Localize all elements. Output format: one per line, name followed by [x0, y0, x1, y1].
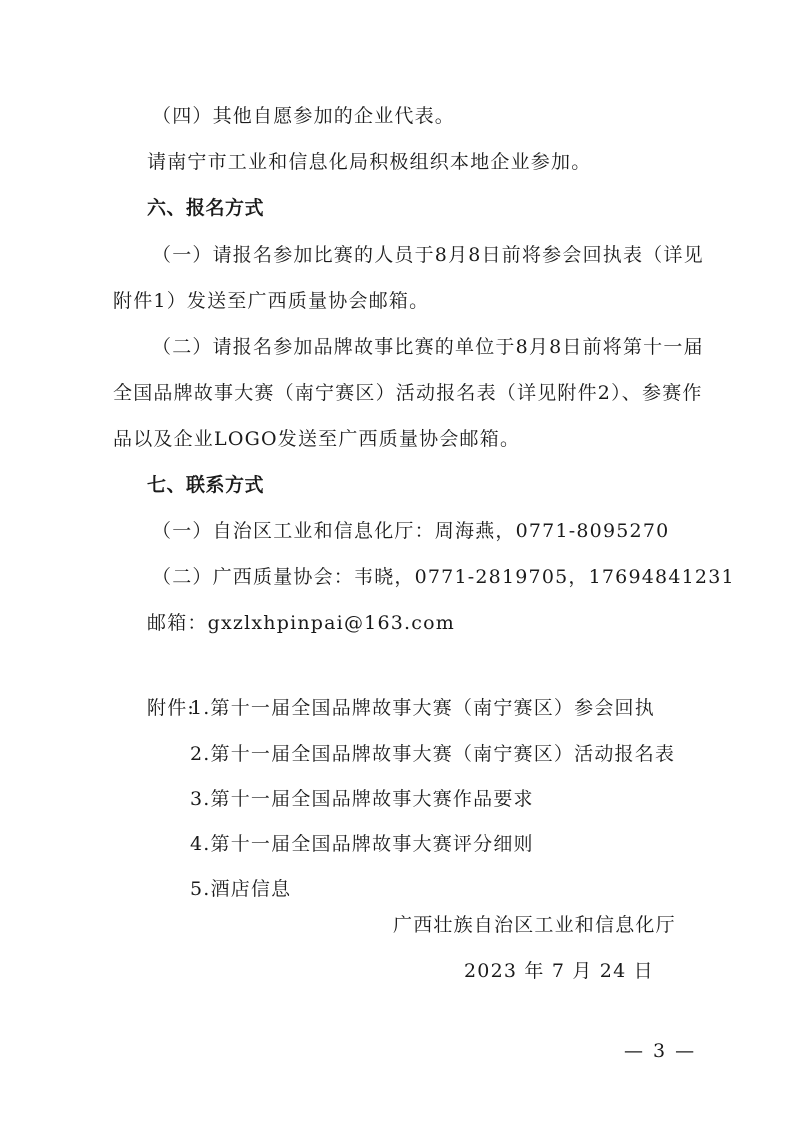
- signature-date: 2023 年 7 月 24 日: [464, 959, 654, 983]
- attachment-item: 4.第十一届全国品牌故事大赛评分细则: [190, 832, 534, 856]
- contact-item-2: （二）广西质量协会：韦晓，0771-2819705，17694841231: [152, 565, 735, 589]
- attachments-label: 附件:: [147, 696, 195, 720]
- registration-item-2-line-3: 品以及企业LOGO发送至广西质量协会邮箱。: [113, 427, 520, 451]
- registration-item-1-line-2: 附件1）发送至广西质量协会邮箱。: [113, 289, 429, 313]
- paragraph-item-4: （四）其他自愿参加的企业代表。: [152, 104, 455, 128]
- attachment-item: 1.第十一届全国品牌故事大赛（南宁赛区）参会回执: [190, 696, 655, 720]
- attachment-item: 3.第十一届全国品牌故事大赛作品要求: [190, 787, 534, 811]
- contact-email: 邮箱：gxzlxhpinpai@163.com: [147, 611, 455, 635]
- registration-item-2-line-2: 全国品牌故事大赛（南宁赛区）活动报名表（详见附件2）、参赛作: [113, 381, 703, 405]
- signature-organization: 广西壮族自治区工业和信息化厅: [393, 913, 676, 937]
- attachment-item: 5.酒店信息: [190, 877, 291, 901]
- section-heading-contact: 七、联系方式: [147, 473, 264, 497]
- registration-item-2-line-1: （二）请报名参加品牌故事比赛的单位于8月8日前将第十一届: [152, 335, 704, 359]
- contact-item-1: （一）自治区工业和信息化厅：周海燕，0771-8095270: [152, 519, 669, 543]
- attachment-item: 2.第十一届全国品牌故事大赛（南宁赛区）活动报名表: [190, 742, 675, 766]
- section-heading-registration: 六、报名方式: [147, 196, 264, 220]
- paragraph-organize: 请南宁市工业和信息化局积极组织本地企业参加。: [147, 150, 591, 174]
- registration-item-1-line-1: （一）请报名参加比赛的人员于8月8日前将参会回执表（详见: [152, 243, 704, 267]
- page-number: — 3 —: [624, 1039, 696, 1063]
